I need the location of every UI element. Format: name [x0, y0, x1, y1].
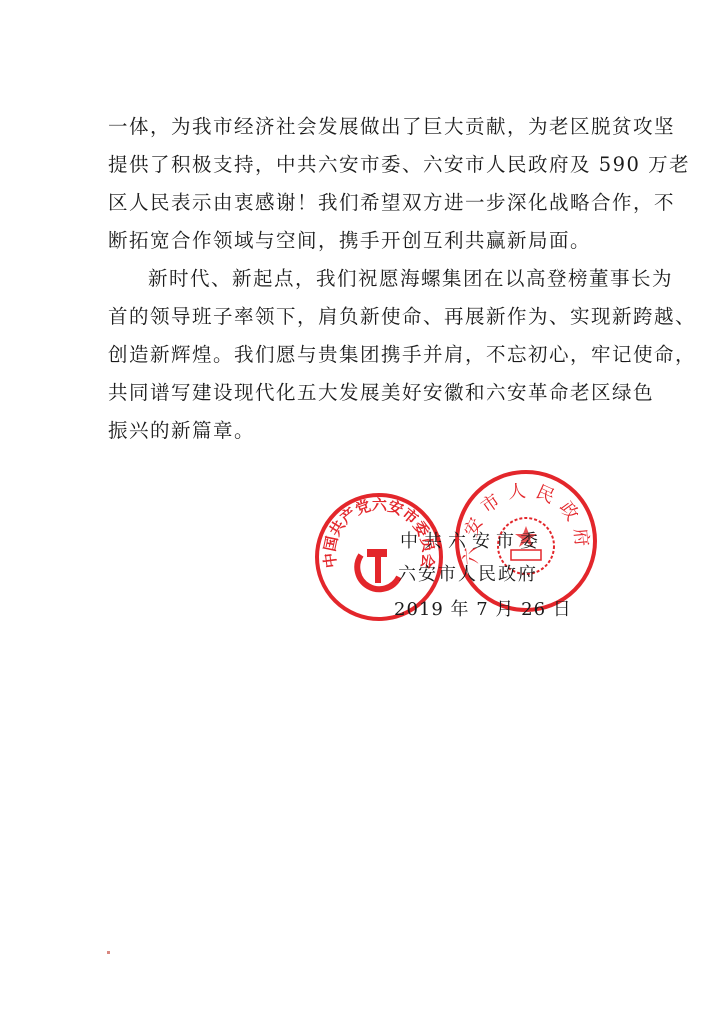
document-page: 一体，为我市经济社会发展做出了巨大贡献，为老区脱贫攻坚 提供了积极支持，中共六安… [0, 0, 720, 1018]
text-line: 共同谱写建设现代化五大发展美好安徽和六安革命老区绿色 [108, 374, 628, 412]
paragraph-2: 新时代、新起点，我们祝愿海螺集团在以高登榜董事长为 首的领导班子率领下，肩负新使… [108, 260, 628, 450]
text-line: 区人民表示由衷感谢！我们希望双方进一步深化战略合作，不 [108, 184, 628, 222]
text-line: 断拓宽合作领域与空间，携手开创互利共赢新局面。 [108, 222, 628, 260]
text-line: 新时代、新起点，我们祝愿海螺集团在以高登榜董事长为 [108, 260, 628, 298]
signature-date: 2019 年 7 月 26 日 [394, 595, 572, 621]
signature-block: 中国共产党六安市委员会 六安市人民政府 中共六安市委 六安市人民政府 2019 … [360, 480, 660, 640]
scan-mark [107, 951, 110, 954]
text-line: 振兴的新篇章。 [108, 412, 628, 450]
signatory-government: 六安市人民政府 [398, 560, 538, 586]
text-line: 创造新辉煌。我们愿与贵集团携手并肩，不忘初心，牢记使命， [108, 336, 628, 374]
text-line: 提供了积极支持，中共六安市委、六安市人民政府及 590 万老 [108, 146, 628, 184]
paragraph-1: 一体，为我市经济社会发展做出了巨大贡献，为老区脱贫攻坚 提供了积极支持，中共六安… [108, 108, 628, 260]
signatory-party-committee: 中共六安市委 [400, 527, 544, 553]
letter-body: 一体，为我市经济社会发展做出了巨大贡献，为老区脱贫攻坚 提供了积极支持，中共六安… [108, 108, 628, 450]
text-line: 首的领导班子率领下，肩负新使命、再展新作为、实现新跨越、 [108, 298, 628, 336]
text-line: 一体，为我市经济社会发展做出了巨大贡献，为老区脱贫攻坚 [108, 108, 628, 146]
